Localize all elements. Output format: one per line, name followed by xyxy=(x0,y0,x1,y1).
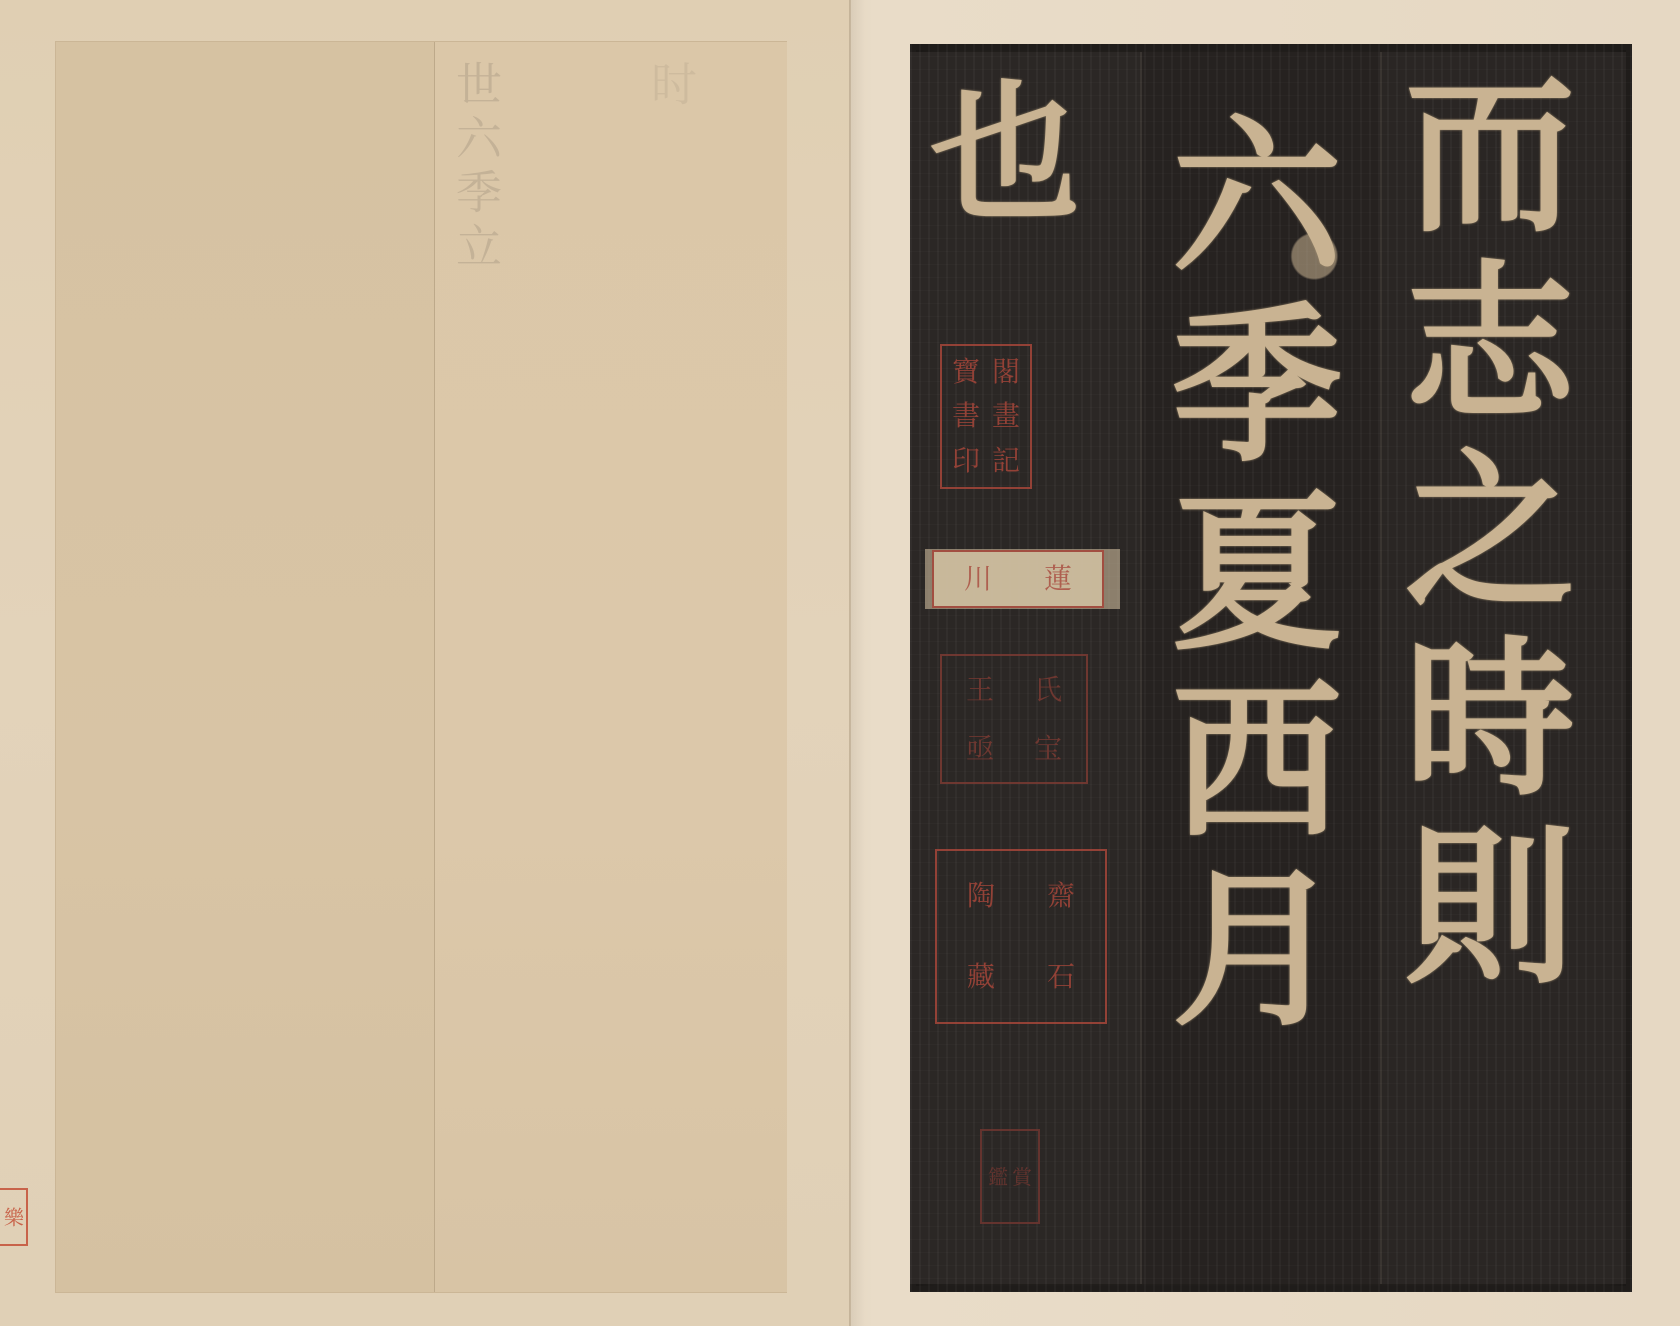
fold-shadow xyxy=(851,0,865,1326)
character: 時 xyxy=(1405,626,1575,814)
collector-seal: 川 蓮 xyxy=(932,550,1104,608)
character: 夏 xyxy=(1172,480,1342,668)
character: 也 xyxy=(930,74,1080,234)
collector-seal: 陶 齋 藏 石 xyxy=(935,849,1107,1024)
character: 志 xyxy=(1405,250,1575,438)
rubbing-column-right: 而 志 之 時 則 xyxy=(1405,62,1575,1002)
collector-seal: 寶 閣 書 畫 印 記 xyxy=(940,344,1032,489)
character: 之 xyxy=(1405,438,1575,626)
show-through-text: 时 xyxy=(640,60,702,114)
stone-rubbing: 而 志 之 時 則 六 季 夏 西 月 也 寶 閣 書 畫 印 記 川 蓮 王 … xyxy=(910,44,1632,1292)
character: 月 xyxy=(1172,856,1342,1044)
character: 而 xyxy=(1405,62,1575,250)
edge-seal: 樂 xyxy=(0,1188,28,1246)
rubbing-column-middle: 六 季 夏 西 月 xyxy=(1172,104,1342,1044)
character: 西 xyxy=(1172,668,1342,856)
rubbing-column-left: 也 xyxy=(930,74,1080,234)
character: 則 xyxy=(1405,814,1575,1002)
collector-seal: 鑑 賞 xyxy=(980,1129,1040,1224)
collector-seal: 王 氏 亟 宝 xyxy=(940,654,1088,784)
show-through-text: 世六季立 xyxy=(445,60,507,276)
backing-sheet-left-half xyxy=(56,42,434,1292)
character: 季 xyxy=(1172,292,1342,480)
character: 六 xyxy=(1172,104,1342,292)
left-backing-sheet xyxy=(56,42,786,1292)
